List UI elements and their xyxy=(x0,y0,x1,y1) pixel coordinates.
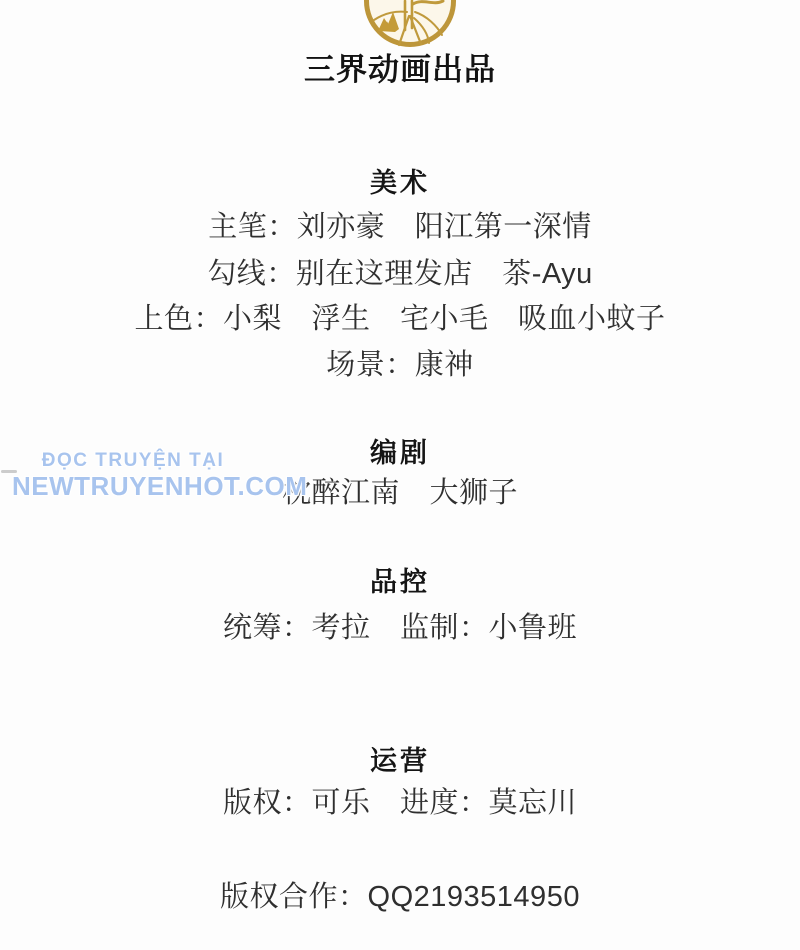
credits-page: 三界动画出品 美术 主笔：刘亦豪 阳江第一深情 勾线：别在这理发店 茶-Ayu … xyxy=(0,0,800,950)
watermark-tagline: ĐỌC TRUYỆN TẠI xyxy=(12,451,254,471)
section-heading-operations: 运营 xyxy=(0,748,800,775)
left-edge-mark xyxy=(1,470,17,473)
credit-line-scenery: 场景：康神 xyxy=(0,351,800,380)
site-watermark: ĐỌC TRUYỆN TẠI NEWTRUYENHOT.COM xyxy=(12,451,254,500)
section-heading-art: 美术 xyxy=(0,170,800,197)
studio-name: 三界动画出品 xyxy=(0,54,800,85)
credit-line-operations: 版权：可乐 进度：莫忘川 xyxy=(0,789,800,818)
studio-logo xyxy=(362,0,458,49)
copyright-contact-line: 版权合作：QQ2193514950 xyxy=(0,883,800,912)
watermark-domain: NEWTRUYENHOT.COM xyxy=(12,473,254,500)
section-heading-quality: 品控 xyxy=(0,569,800,596)
credit-line-lineart: 勾线：别在这理发店 茶-Ayu xyxy=(0,260,800,289)
credit-line-lead-artist: 主笔：刘亦豪 阳江第一深情 xyxy=(0,213,800,242)
gold-seal-icon xyxy=(362,0,458,49)
credit-line-quality: 统筹：考拉 监制：小鲁班 xyxy=(0,614,800,643)
credit-line-coloring: 上色：小梨 浮生 宅小毛 吸血小蚊子 xyxy=(0,305,800,334)
